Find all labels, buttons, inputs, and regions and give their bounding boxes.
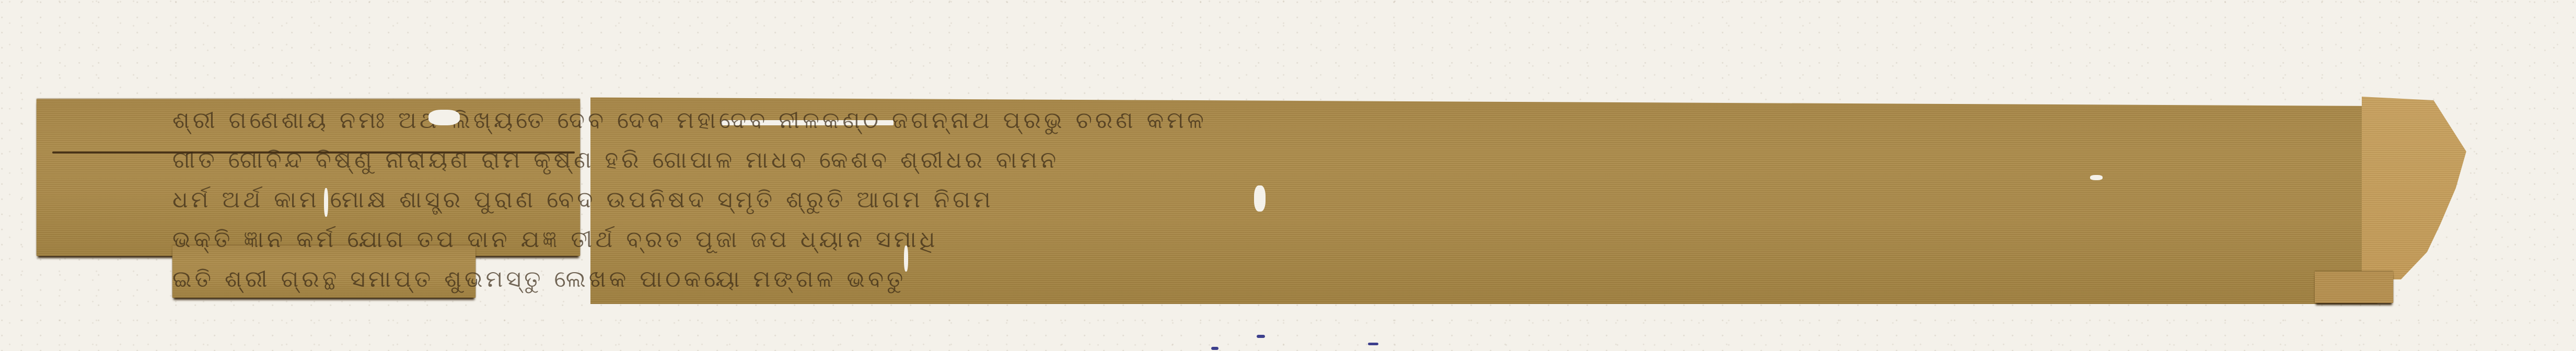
script-line-5: ଇତି ଶ୍ରୀ ଗ୍ରନ୍ଥ ସମାପ୍ତ ଶୁଭମସ୍ତୁ ଲେଖକ ପାଠ… (172, 266, 2367, 295)
script-line-3: ଧର୍ମ ଅର୍ଥ କାମ ମୋକ୍ଷ ଶାସ୍ତ୍ର ପୁରାଣ ବେଦ ଉପ… (172, 186, 2367, 216)
script-line-2: ଗୀତ ଗୋବିନ୍ଦ ବିଷ୍ଣୁ ନାରାୟଣ ରାମ କୃଷ୍ଣ ହରି … (172, 147, 2367, 176)
script-line-1: ଶ୍ରୀ ଗଣେଶାୟ ନମଃ ଅଥ ଲିଖ୍ୟତେ ଦେବ ଦେବ ମହାଦେ… (172, 107, 2367, 136)
leaf-hole (2090, 175, 2103, 180)
leaf-hole (1254, 185, 1266, 212)
leaf-hole (904, 245, 908, 272)
ink-mark (1211, 347, 1219, 350)
script-line-4: ଭକ୍ତି ଜ୍ଞାନ କର୍ମ ଯୋଗ ତପ ଦାନ ଯଜ୍ଞ ତୀର୍ଥ ବ… (172, 226, 2367, 255)
leaf-hole (428, 110, 460, 125)
manuscript-text: ଶ୍ରୀ ଗଣେଶାୟ ନମଃ ଅଥ ଲିଖ୍ୟତେ ଦେବ ଦେବ ମହାଦେ… (172, 107, 2367, 295)
ink-mark (1368, 343, 1378, 345)
ink-mark (1257, 335, 1265, 338)
leaf-hole (324, 188, 328, 217)
